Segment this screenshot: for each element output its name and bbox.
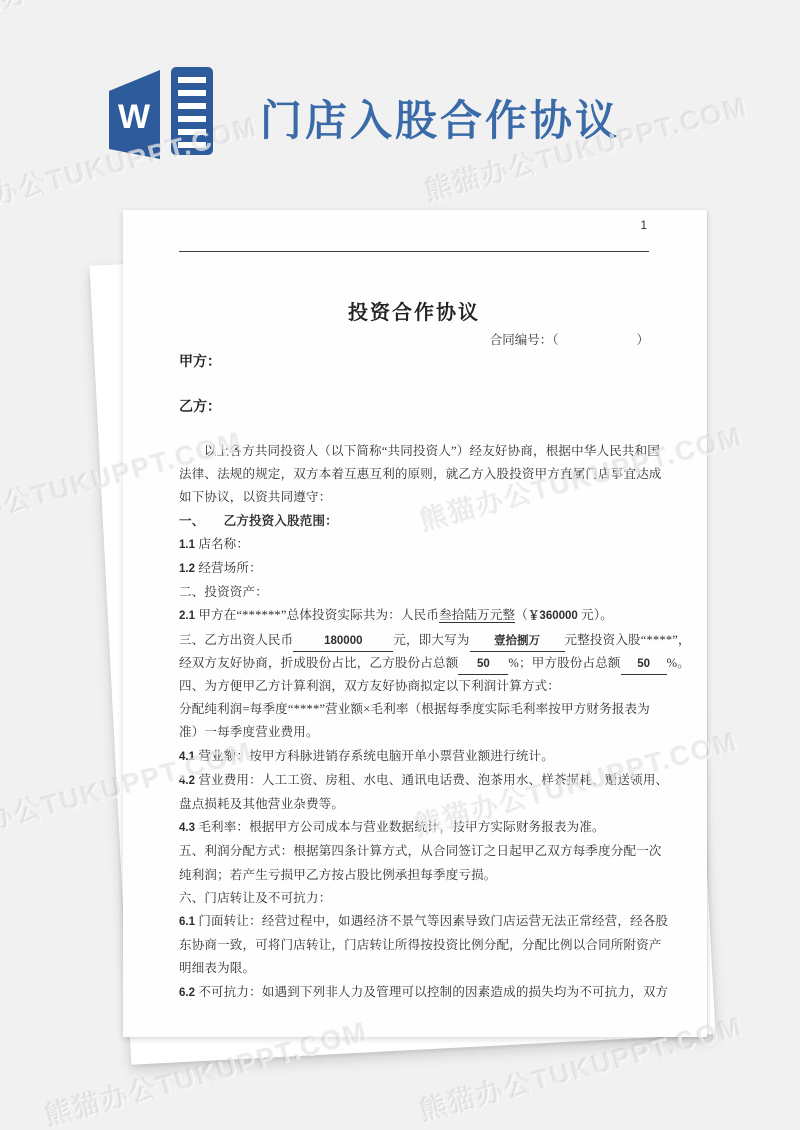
svg-text:W: W: [118, 98, 151, 136]
document-line: 东协商一致，可将门店转让，门店转让所得按投资比例分配，分配比例以合同所附资产: [179, 934, 649, 957]
line-text: 三、乙方出资人民币: [179, 633, 293, 647]
document-line: 明细表为限。: [179, 957, 649, 980]
document-line: 4.1 营业额：按甲方科脉进销存系统电脑开单小票营业额进行统计。: [179, 745, 649, 769]
document-lines: 以上各方共同投资人（以下简称“共同投资人”）经友好协商，根据中华人民共和国法律、…: [179, 440, 649, 1005]
line-text: ￥360000: [528, 610, 578, 622]
line-text: 法律、法规的规定，双方本着互惠互利的原则，就乙方入股投资甲方直属门店事宜达成: [179, 467, 662, 481]
document-line: 4.3 毛利率：根据甲方公司成本与营业数据统计，按甲方实际财务报表为准。: [179, 816, 649, 840]
underline-blank: 50: [621, 654, 667, 675]
underline-blank: 50: [458, 654, 508, 675]
document-page: 1 投资合作协议 合同编号：（） 甲方： 乙方： 以上各方共同投资人（以下简称“…: [123, 210, 707, 1037]
line-text: （: [515, 608, 528, 622]
line-text: 六、门店转让及不可抗力：: [179, 891, 331, 905]
line-text: 五、利润分配方式：根据第四条计算方式，从合同签订之日起甲乙双方每季度分配一次: [179, 844, 662, 858]
contract-close-paren: ）: [636, 333, 649, 347]
document-content: 投资合作协议 合同编号：（） 甲方： 乙方： 以上各方共同投资人（以下简称“共同…: [179, 296, 649, 1005]
line-text: 门面转让：经营过程中，如遇经济不景气等因素导致门店运营无法正常经营，经各股: [195, 914, 668, 928]
line-text: 元，即大写为: [393, 633, 469, 647]
line-text: 甲方在“******”总体投资实际共为：人民币: [195, 608, 439, 622]
underline-blank: 180000: [293, 631, 393, 652]
template-title: 门店入股合作协议: [260, 88, 620, 148]
contract-number-label: 合同编号：: [490, 333, 553, 347]
line-text: %；甲方股份占总额: [508, 656, 620, 670]
line-text: 店名称：: [195, 537, 249, 551]
document-line: 盘点损耗及其他营业杂费等。: [179, 793, 649, 816]
line-text: 纯利润；若产生亏损甲乙方按占股比例承担每季度亏损。: [179, 868, 497, 882]
line-text: 4.2: [179, 775, 195, 787]
document-line: 6.2 不可抗力：如遇到下列非人力及管理可以控制的因素造成的损失均为不可抗力，双…: [179, 981, 649, 1005]
document-line: 一、 乙方投资入股范围：: [179, 510, 649, 533]
line-text: 乙方投资入股范围：: [224, 514, 338, 528]
document-line: 以上各方共同投资人（以下简称“共同投资人”）经友好协商，根据中华人民共和国: [179, 440, 649, 463]
document-line: 4.2 营业费用：人工工资、房租、水电、通讯电话费、泡茶用水、样茶损耗、赠送领用…: [179, 769, 649, 793]
line-text: 元）。: [578, 608, 613, 622]
line-text: 4.1: [179, 751, 195, 763]
document-line: 1.1 店名称：: [179, 533, 649, 557]
line-text: %。: [667, 656, 690, 670]
party-a-label: 甲方：: [179, 351, 649, 371]
line-text: 以上各方共同投资人（以下简称“共同投资人”）经友好协商，根据中华人民共和国: [204, 444, 660, 458]
line-text: 营业额：按甲方科脉进销存系统电脑开单小票营业额进行统计。: [195, 749, 554, 763]
line-text: 6.2: [179, 987, 195, 999]
document-line: 纯利润；若产生亏损甲乙方按占股比例承担每季度亏损。: [179, 864, 649, 887]
document-line: 分配纯利润=每季度“****”营业额×毛利率（根据每季度实际毛利率按甲方财务报表…: [179, 698, 649, 721]
line-text: 2.1: [179, 610, 195, 622]
header-rule: [179, 251, 649, 252]
template-preview-canvas: W 门店入股合作协议 1 投资合作协议 合同编号：（） 甲方： 乙方： 以上各方…: [0, 0, 800, 1130]
document-line: 六、门店转让及不可抗力：: [179, 887, 649, 910]
line-text: 四、为方便甲乙方计算利润，双方友好协商拟定以下利润计算方式：: [179, 679, 560, 693]
underlined-text: 叁拾陆万元整: [439, 608, 515, 623]
document-line: 如下协议，以资共同遵守：: [179, 486, 649, 509]
document-line: 准）一每季度营业费用。: [179, 721, 649, 744]
underline-blank: 壹拾捌万: [470, 631, 565, 652]
line-text: 6.1: [179, 916, 195, 928]
line-text: 经营场所：: [195, 561, 262, 575]
line-text: 毛利率：根据甲方公司成本与营业数据统计，按甲方实际财务报表为准。: [195, 820, 605, 834]
document-line: 法律、法规的规定，双方本着互惠互利的原则，就乙方入股投资甲方直属门店事宜达成: [179, 463, 649, 486]
document-line: 1.2 经营场所：: [179, 557, 649, 581]
word-icon: W: [93, 60, 215, 166]
brand-header: W 门店入股合作协议: [0, 0, 800, 200]
page-number: 1: [640, 218, 647, 232]
line-text: 分配纯利润=每季度“****”营业额×毛利率（根据每季度实际毛利率按甲方财务报表…: [179, 702, 650, 716]
line-text: 二、投资资产：: [179, 585, 268, 599]
line-text: 1.1: [179, 539, 195, 551]
line-text: 4.3: [179, 822, 195, 834]
line-text: 准）一每季度营业费用。: [179, 725, 319, 739]
line-text: 东协商一致，可将门店转让，门店转让所得按投资比例分配，分配比例以合同所附资产: [179, 938, 662, 952]
line-text: 一、: [179, 514, 198, 528]
contract-open-paren: （: [552, 333, 558, 347]
line-text: 元整投资入股“****”，: [565, 633, 691, 647]
document-line: 二、投资资产：: [179, 581, 649, 604]
line-text: 1.2: [179, 563, 195, 575]
document-line: 四、为方便甲乙方计算利润，双方友好协商拟定以下利润计算方式：: [179, 675, 649, 698]
document-line: 2.1 甲方在“******”总体投资实际共为：人民币叁拾陆万元整（￥36000…: [179, 604, 649, 628]
line-text: 盘点损耗及其他营业杂费等。: [179, 797, 344, 811]
line-text: [198, 514, 223, 528]
line-text: 经双方友好协商，折成股份占比，乙方股份占总额: [179, 656, 458, 670]
contract-number-line: 合同编号：（）: [179, 330, 649, 348]
party-b-label: 乙方：: [179, 396, 649, 416]
document-line: 6.1 门面转让：经营过程中，如遇经济不景气等因素导致门店运营无法正常经营，经各…: [179, 910, 649, 934]
document-line: 五、利润分配方式：根据第四条计算方式，从合同签订之日起甲乙双方每季度分配一次: [179, 840, 649, 863]
line-text: 明细表为限。: [179, 961, 255, 975]
document-line: 三、乙方出资人民币180000元，即大写为壹拾捌万元整投资入股“****”，: [179, 629, 649, 652]
line-text: 不可抗力：如遇到下列非人力及管理可以控制的因素造成的损失均为不可抗力，双方: [195, 985, 668, 999]
document-title: 投资合作协议: [179, 296, 649, 325]
line-text: 如下协议，以资共同遵守：: [179, 490, 331, 504]
document-line: 经双方友好协商，折成股份占比，乙方股份占总额50%；甲方股份占总额50%。: [179, 652, 649, 675]
line-text: 营业费用：人工工资、房租、水电、通讯电话费、泡茶用水、样茶损耗、赠送领用、: [195, 773, 668, 787]
